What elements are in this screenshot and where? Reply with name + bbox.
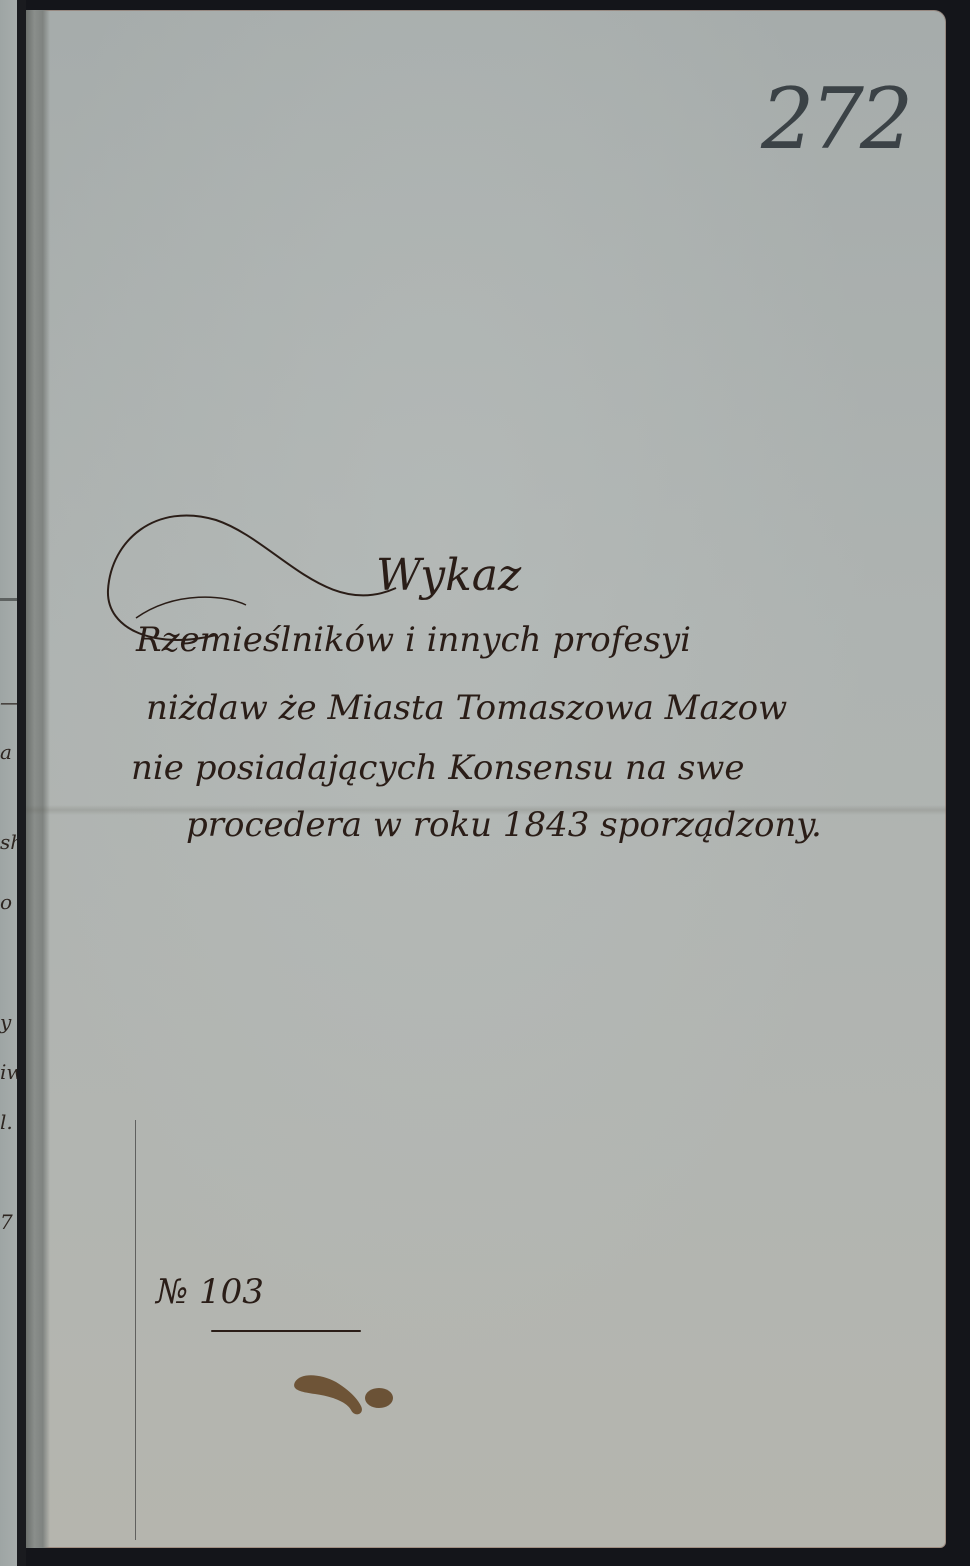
manuscript-page: 272 Wykaz Rzemieślników i innych profesy…	[26, 10, 946, 1548]
left-page-fragment: a	[0, 740, 12, 764]
reference-underline	[211, 1330, 361, 1332]
left-page-fragment: y	[0, 1010, 11, 1034]
binding-gap	[17, 0, 26, 1566]
reference-number: № 103	[156, 1272, 264, 1312]
left-page-fragment: l.	[0, 1110, 13, 1134]
folio-number: 272	[761, 70, 909, 168]
binding-gutter	[26, 10, 50, 1548]
body-line-1: Rzemieślników i innych profesyi	[136, 620, 691, 660]
body-line-2: niżdaw że Miasta Tomaszowa Mazow	[146, 688, 787, 728]
ink-stain-icon	[291, 1370, 401, 1420]
left-page-fragment: o	[0, 890, 12, 914]
body-line-3: nie posiadających Konsensu na swe	[131, 748, 745, 788]
body-line-4: procedera w roku 1843 sporządzony.	[186, 805, 822, 845]
margin-rule-line	[135, 1120, 136, 1540]
document-title: Wykaz	[376, 550, 521, 601]
left-page-fragment: 7	[0, 1210, 13, 1234]
